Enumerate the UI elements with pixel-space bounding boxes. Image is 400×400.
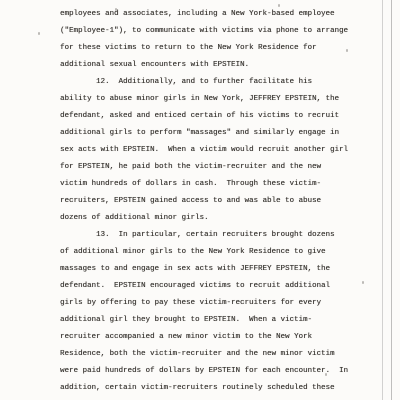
text-line: for these victims to return to the New Y… bbox=[60, 40, 360, 57]
document-text: employees and associates, including a Ne… bbox=[60, 6, 360, 397]
scan-speck bbox=[346, 49, 348, 52]
text-line: of additional minor girls to the New Yor… bbox=[60, 244, 360, 261]
text-line: sex acts with EPSTEIN. When a victim wou… bbox=[60, 142, 360, 159]
text-line: defendant. EPSTEIN encouraged victims to… bbox=[60, 278, 360, 295]
scan-speck bbox=[362, 281, 364, 284]
text-line: for EPSTEIN, he paid both the victim-rec… bbox=[60, 159, 360, 176]
scan-speck bbox=[278, 4, 280, 7]
text-line: victim hundreds of dollars in cash. Thro… bbox=[60, 176, 360, 193]
text-line: recruiter accompanied a new minor victim… bbox=[60, 329, 360, 346]
text-line: Residence, both the victim-recruiter and… bbox=[60, 346, 360, 363]
text-line-paragraph-13: 13. In particular, certain recruiters br… bbox=[60, 227, 360, 244]
page-fold-line bbox=[391, 0, 392, 400]
text-line: dozens of additional minor girls. bbox=[60, 210, 360, 227]
text-line: girls by offering to pay these victim-re… bbox=[60, 295, 360, 312]
text-line: defendant, asked and enticed certain of … bbox=[60, 108, 360, 125]
page-fold-line bbox=[382, 0, 383, 400]
text-line: employees and associates, including a Ne… bbox=[60, 6, 360, 23]
text-line: ("Employee-1"), to communicate with vict… bbox=[60, 23, 360, 40]
text-line: additional girl they brought to EPSTEIN.… bbox=[60, 312, 360, 329]
text-line: ability to abuse minor girls in New York… bbox=[60, 91, 360, 108]
text-line: addition, certain victim-recruiters rout… bbox=[60, 380, 360, 397]
scan-speck bbox=[115, 8, 117, 11]
scan-speck bbox=[325, 373, 327, 376]
scanned-page: employees and associates, including a Ne… bbox=[0, 0, 400, 400]
text-line-paragraph-12: 12. Additionally, and to further facilit… bbox=[60, 74, 360, 91]
scan-speck bbox=[38, 32, 40, 35]
text-line: recruiters, EPSTEIN gained access to and… bbox=[60, 193, 360, 210]
text-line: additional sexual encounters with EPSTEI… bbox=[60, 57, 360, 74]
text-line: massages to and engage in sex acts with … bbox=[60, 261, 360, 278]
text-line: additional girls to perform "massages" a… bbox=[60, 125, 360, 142]
text-line: were paid hundreds of dollars by EPSTEIN… bbox=[60, 363, 360, 380]
